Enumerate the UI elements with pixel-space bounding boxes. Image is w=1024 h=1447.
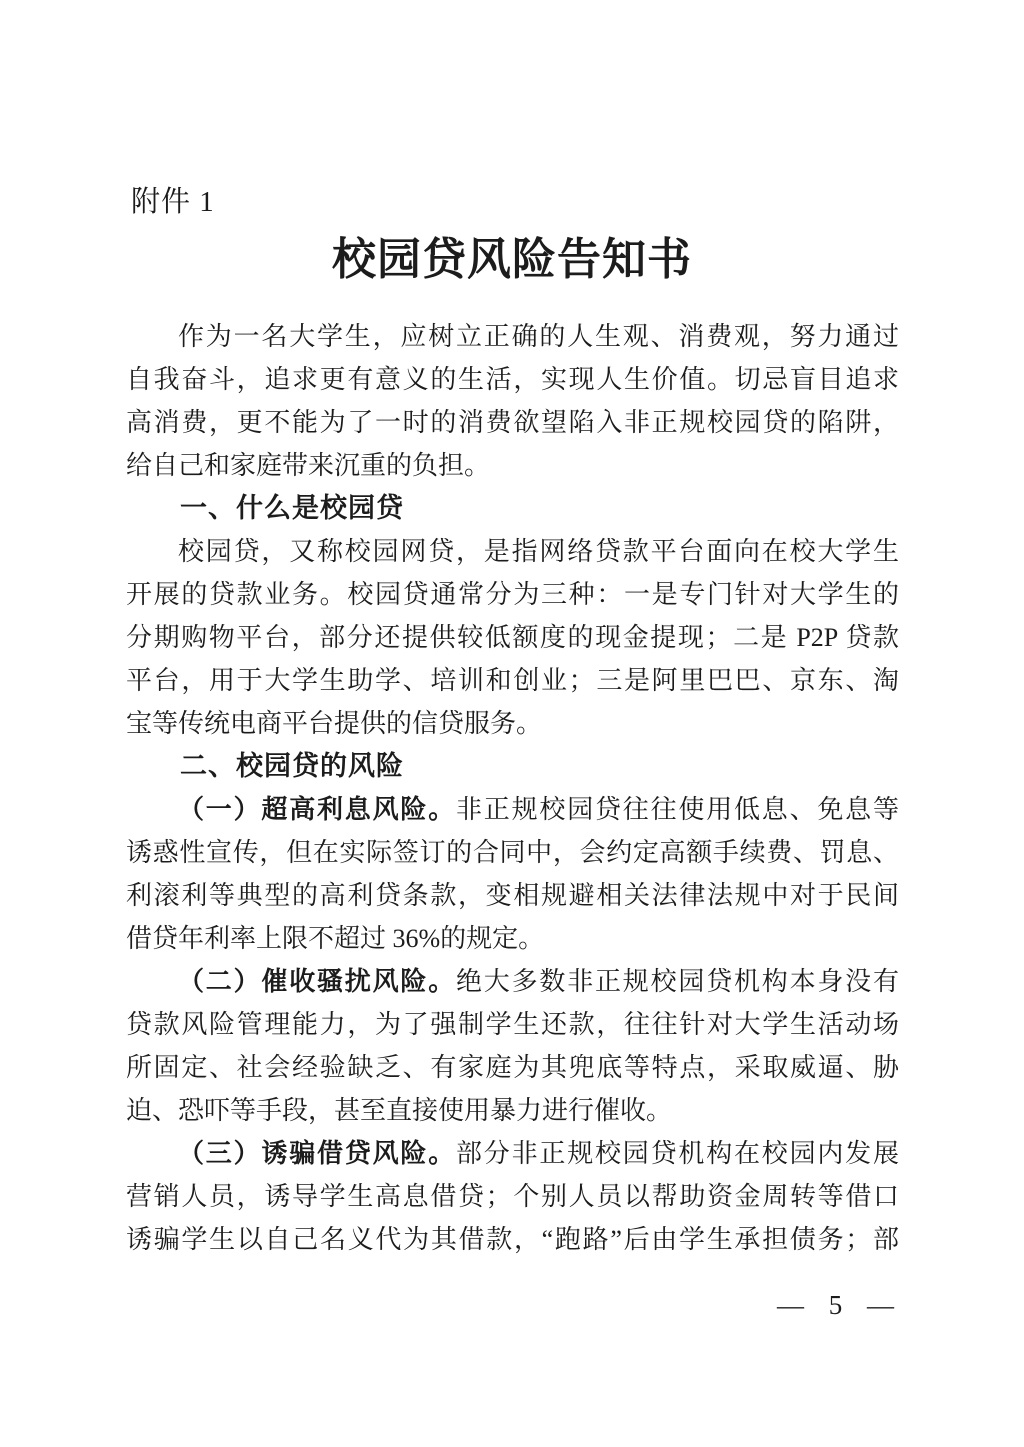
- text-line: 诱惑性宣传，但在实际签订的合同中，会约定高额手续费、罚息、: [126, 831, 899, 874]
- clause-text: 非正规校园贷往往使用低息、免息等: [456, 795, 899, 824]
- text-line: （二）催收骚扰风险。绝大多数非正规校园贷机构本身没有: [126, 960, 899, 1003]
- text-line: 自我奋斗，追求更有意义的生活，实现人生价值。切忌盲目追求: [126, 358, 899, 401]
- text-line: 营销人员，诱导学生高息借贷；个别人员以帮助资金周转等借口: [126, 1175, 899, 1218]
- attachment-label: 附件 1: [131, 184, 215, 220]
- text-line: 作为一名大学生，应树立正确的人生观、消费观，努力通过: [126, 315, 899, 358]
- text-line: 高消费，更不能为了一时的消费欲望陷入非正规校园贷的陷阱，: [126, 401, 899, 444]
- section-heading: 一、什么是校园贷: [126, 487, 899, 530]
- text-line: 贷款风险管理能力，为了强制学生还款，往往针对大学生活动场: [126, 1003, 899, 1046]
- text-line: 分期购物平台，部分还提供较低额度的现金提现；二是 P2P 贷款: [126, 616, 899, 659]
- clause-text: 绝大多数非正规校园贷机构本身没有: [456, 967, 899, 996]
- clause-text: 部分非正规校园贷机构在校园内发展: [456, 1139, 899, 1168]
- document-page: 附件 1 校园贷风险告知书 作为一名大学生，应树立正确的人生观、消费观，努力通过…: [0, 0, 1024, 1447]
- clause-lead: （二）催收骚扰风险。: [178, 967, 456, 996]
- clause-lead: （一）超高利息风险。: [178, 795, 456, 824]
- text-line: 宝等传统电商平台提供的信贷服务。: [126, 702, 899, 745]
- text-line: 开展的贷款业务。校园贷通常分为三种：一是专门针对大学生的: [126, 573, 899, 616]
- text-line: 借贷年利率上限不超过 36%的规定。: [126, 917, 899, 960]
- text-line: 平台，用于大学生助学、培训和创业；三是阿里巴巴、京东、淘: [126, 659, 899, 702]
- text-line: （三）诱骗借贷风险。部分非正规校园贷机构在校园内发展: [126, 1132, 899, 1175]
- text-line: 利滚利等典型的高利贷条款，变相规避相关法律法规中对于民间: [126, 874, 899, 917]
- section-heading: 二、校园贷的风险: [126, 745, 899, 788]
- text-line: 校园贷，又称校园网贷，是指网络贷款平台面向在校大学生: [126, 530, 899, 573]
- page-number: — 5 —: [777, 1288, 894, 1322]
- clause-lead: （三）诱骗借贷风险。: [178, 1139, 456, 1168]
- page-number-dash-left: —: [777, 1290, 804, 1320]
- text-line: 所固定、社会经验缺乏、有家庭为其兜底等特点，采取威逼、胁: [126, 1046, 899, 1089]
- page-number-value: 5: [829, 1290, 843, 1320]
- page-number-dash-right: —: [867, 1290, 894, 1320]
- text-line: 给自己和家庭带来沉重的负担。: [126, 444, 899, 487]
- text-line: （一）超高利息风险。非正规校园贷往往使用低息、免息等: [126, 788, 899, 831]
- document-title: 校园贷风险告知书: [126, 232, 898, 288]
- document-body: 作为一名大学生，应树立正确的人生观、消费观，努力通过自我奋斗，追求更有意义的生活…: [126, 315, 899, 1261]
- text-line: 诱骗学生以自己名义代为其借款，“跑路”后由学生承担债务；部: [126, 1218, 899, 1261]
- text-line: 迫、恐吓等手段，甚至直接使用暴力进行催收。: [126, 1089, 899, 1132]
